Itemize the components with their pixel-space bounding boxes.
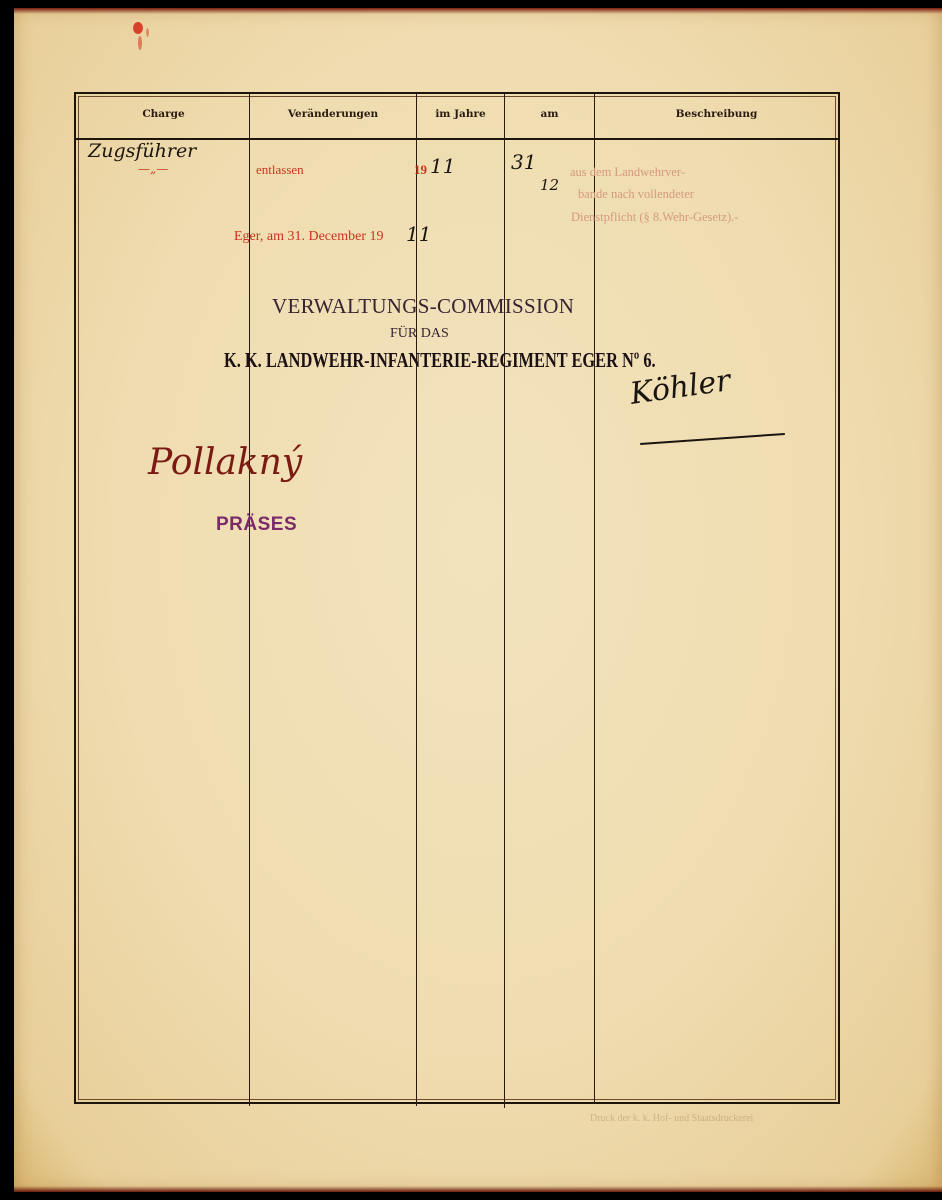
place-date: Eger, am 31. December 19	[234, 229, 384, 245]
stamp-line-3: K. K. LANDWEHR-INFANTERIE-REGIMENT EGER …	[224, 348, 656, 373]
change-entlassen: entlassen	[256, 162, 304, 178]
column-divider	[594, 94, 595, 1104]
ink-stain	[146, 28, 149, 37]
praeses-stamp: PRÄSES	[216, 514, 297, 536]
charge-ditto: —„—	[138, 162, 168, 176]
table-border	[74, 92, 840, 1104]
column-header-veraenderungen: Veränderungen	[250, 108, 416, 120]
description-line-2: bande nach vollendeter	[578, 187, 694, 202]
column-header-charge: Charge	[78, 108, 249, 120]
description-line-1: aus dem Landwehrver-	[570, 165, 685, 180]
stamp-line-2: FÜR DAS	[390, 326, 449, 342]
column-header-beschreibung: Beschreibung	[595, 108, 838, 120]
column-header-am: am	[505, 108, 594, 120]
year-prefix: 19	[414, 162, 427, 178]
stamp-line-1: VERWALTUNGS-COMMISSION	[272, 294, 574, 319]
ink-stain	[138, 36, 142, 50]
charge-handwritten: Zugsführer	[88, 140, 196, 162]
description-line-3: Dienstpflicht (§ 8.Wehr-Gesetz).-	[571, 210, 738, 225]
signature-left: Pollakný	[148, 442, 302, 483]
column-header-im-jahre: im Jahre	[417, 108, 504, 120]
column-divider	[504, 94, 505, 1108]
month-handwritten: 12	[540, 176, 559, 194]
place-date-year-handwritten: 11	[406, 222, 431, 246]
year-handwritten: 11	[430, 154, 455, 178]
day-handwritten: 31	[511, 150, 536, 174]
column-divider	[249, 94, 250, 1106]
printer-imprint: Druck der k. k. Hof- und Staatsdruckerei	[590, 1113, 753, 1124]
ink-stain	[133, 22, 143, 34]
